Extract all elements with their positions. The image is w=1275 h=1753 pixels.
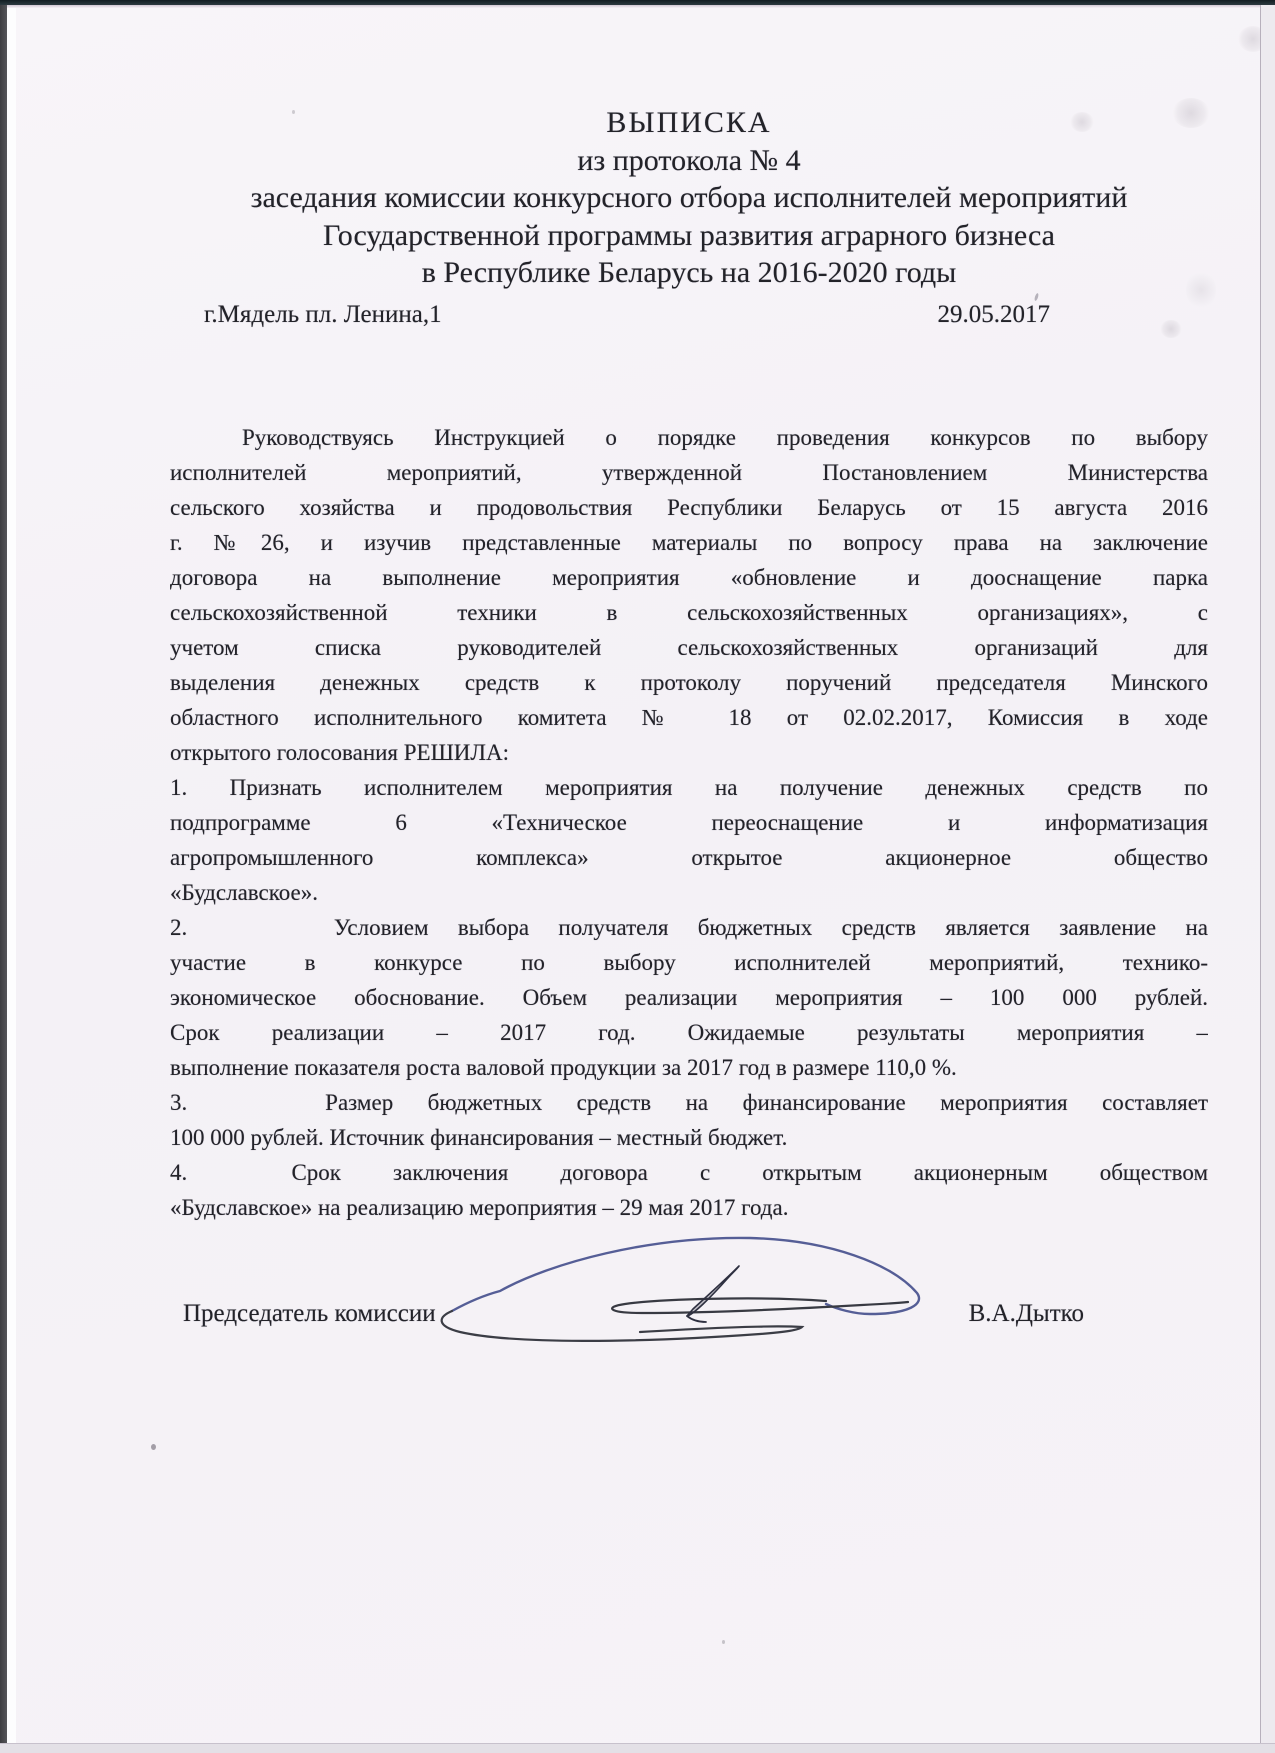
scanned-document: { "document": { "title_lines": [ "ВЫПИСК… xyxy=(0,0,1275,1753)
scan-smudge xyxy=(1172,98,1210,128)
paper-right-edge xyxy=(1260,5,1275,1753)
document-date: 29.05.2017 xyxy=(938,299,1051,331)
scan-speck xyxy=(292,110,295,114)
body-line: г. №26, и изучив представленные материал… xyxy=(170,525,1208,560)
body-line: «Будславское». xyxy=(170,875,1208,910)
body-line: договора на выполнение мероприятия «обно… xyxy=(170,560,1208,595)
title-line: заседания комиссии конкурсного отбора ис… xyxy=(170,179,1208,217)
paper-top-edge xyxy=(0,5,1275,8)
body-line: подпрограмме 6 «Техническое переоснащени… xyxy=(170,805,1208,840)
document-title: ВЫПИСКА из протокола № 4 заседания комис… xyxy=(170,104,1208,292)
scan-speck xyxy=(722,1640,725,1644)
body-line: сельскохозяйственной техники в сельскохо… xyxy=(170,595,1208,630)
signer-name: В.А.Дытко xyxy=(969,1297,1084,1331)
body-line: исполнителей мероприятий, утвержденной П… xyxy=(170,455,1208,490)
scan-smudge xyxy=(1186,270,1216,310)
body-line: агропромышленного комплекса» открытое ак… xyxy=(170,840,1208,875)
body-line: областного исполнительного комитета № 18… xyxy=(170,700,1208,735)
document-page: ВЫПИСКА из протокола № 4 заседания комис… xyxy=(0,0,1275,1753)
scan-smudge xyxy=(1070,112,1094,132)
scanner-edge-left xyxy=(0,5,7,1753)
body-line: экономическое обоснование. Объем реализа… xyxy=(170,980,1208,1015)
body-line: открытого голосования РЕШИЛА: xyxy=(170,735,1208,770)
place-date-row: г.Мядель пл. Ленина,1 29.05.2017 xyxy=(170,299,1208,331)
scan-smudge xyxy=(1160,320,1182,338)
scan-speck xyxy=(151,1444,156,1450)
title-line: из протокола № 4 xyxy=(170,142,1208,180)
body-line: учетом списка руководителей сельскохозяй… xyxy=(170,630,1208,665)
body-line: «Будславское» на реализацию мероприятия … xyxy=(170,1190,1208,1225)
body-line: Руководствуясь Инструкцией о порядке про… xyxy=(170,420,1208,455)
paper-bottom-edge xyxy=(0,1743,1275,1753)
body-line: сельского хозяйства и продовольствия Рес… xyxy=(170,490,1208,525)
title-line: ВЫПИСКА xyxy=(170,104,1208,142)
body-line: 100 000 рублей. Источник финансирования … xyxy=(170,1120,1208,1155)
body-line: Срок реализации – 2017 год. Ожидаемые ре… xyxy=(170,1015,1208,1050)
handwritten-signature xyxy=(430,1225,970,1370)
document-body: Руководствуясь Инструкцией о порядке про… xyxy=(170,420,1208,1225)
paper-left-edge xyxy=(7,8,16,1753)
body-line: участие в конкурсе по выбору исполнителе… xyxy=(170,945,1208,980)
body-line-item-1: 1. Признать исполнителем мероприятия на … xyxy=(170,770,1208,805)
body-line: выполнение показателя роста валовой прод… xyxy=(170,1050,1208,1085)
document-place: г.Мядель пл. Ленина,1 xyxy=(204,299,442,331)
body-line-item-3: 3. Размер бюджетных средств на финансиро… xyxy=(170,1085,1208,1120)
body-line: выделения денежных средств к протоколу п… xyxy=(170,665,1208,700)
title-line: Государственной программы развития аграр… xyxy=(170,217,1208,255)
body-line-item-4: 4. Срок заключения договора с открытым а… xyxy=(170,1155,1208,1190)
title-line: в Республике Беларусь на 2016-2020 годы xyxy=(170,254,1208,292)
signer-role: Председатель комиссии xyxy=(183,1297,436,1331)
body-line-item-2: 2. Условием выбора получателя бюджетных … xyxy=(170,910,1208,945)
